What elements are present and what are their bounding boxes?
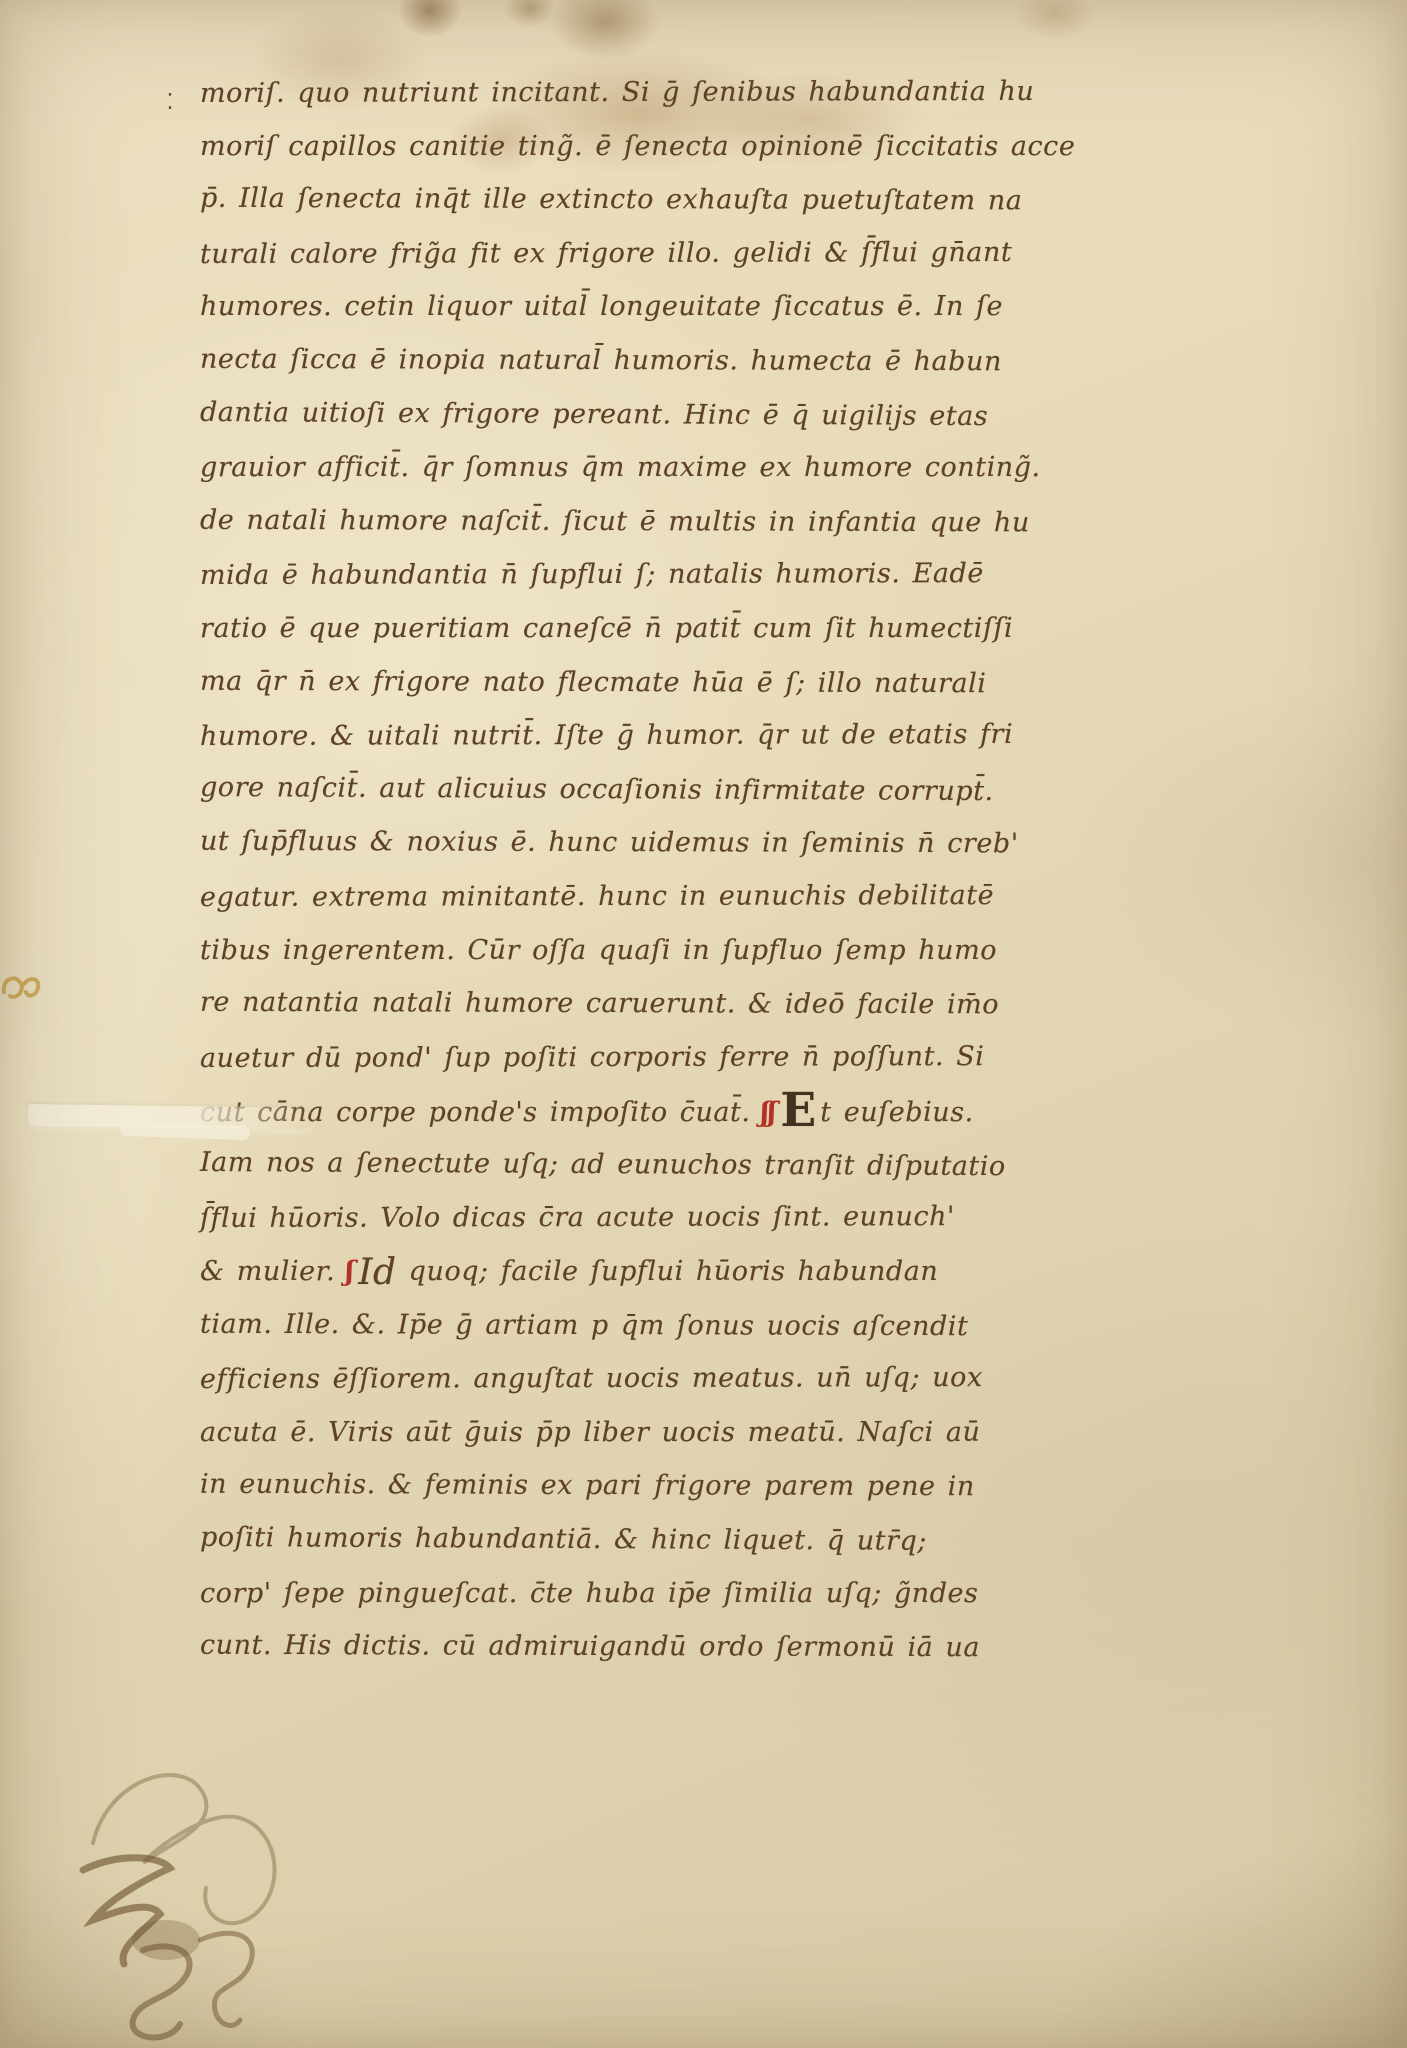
manuscript-line: Iam nos a ſenectute uſq; ad eunuchos tra… — [200, 1136, 990, 1194]
manuscript-text: gore naſcit̄. aut alicuius occaſionis in… — [200, 772, 994, 807]
manuscript-text: dantia uitioſi ex frigore pereant. Hinc … — [200, 396, 988, 431]
manuscript-line: ma q̄r n̄ ex frigore nato flecmate hūa ē… — [200, 654, 990, 710]
manuscript-text: efficiens ēſſiorem. anguſtat uocis meatu… — [200, 1362, 983, 1395]
manuscript-line: gore naſcit̄. aut alicuius occaſionis in… — [200, 761, 990, 819]
manuscript-text: re natantia natali humore caruerunt. & i… — [200, 987, 999, 1021]
manuscript-text: egatur. extrema minitantē. hunc in eunuc… — [200, 880, 994, 913]
manuscript-line: egatur. extrema minitantē. hunc in eunuc… — [200, 869, 990, 925]
manuscript-text: humores. cetin liquor uital̄ longeuitate… — [200, 291, 1003, 322]
manuscript-text: moriſ. quo nutriunt incitant. Si ḡ ſenib… — [200, 76, 1034, 109]
manuscript-line: corp' ſepe pingueſcat. c̄te huba ip̄e ſi… — [200, 1567, 990, 1621]
manuscript-text: necta ſicca ē inopia natural̄ humoris. h… — [200, 344, 1002, 378]
manuscript-text: Iam nos a ſenectute uſq; ad eunuchos tra… — [200, 1147, 1006, 1182]
manuscript-text-block: moriſ. quo nutriunt incitant. Si ḡ ſenib… — [200, 66, 990, 1674]
manuscript-page: ⁚ moriſ. quo nutriunt incitant. Si ḡ ſen… — [0, 0, 1407, 2048]
manuscript-text: Id — [358, 1252, 396, 1293]
manuscript-line: ratio ē que pueritiam caneſcē n̄ patit̄ … — [200, 602, 990, 656]
manuscript-text: quoq; facile ſupflui hūoris habundan — [397, 1256, 939, 1287]
manuscript-line: moriſ capillos canitie ting̃. ē ſenecta … — [200, 120, 990, 174]
manuscript-line: tibus ingerentem. Cūr oſſa quaſi in ſupf… — [200, 924, 990, 978]
margin-ink-mark — [0, 962, 70, 1010]
manuscript-text: poſiti humoris habundantiā. & hinc lique… — [200, 1522, 927, 1557]
manuscript-text: turali calore frig̃a fit ex frigore illo… — [200, 237, 1012, 270]
manuscript-text: ut ſup̄fluus & noxius ē. hunc uidemus in… — [200, 826, 1019, 860]
manuscript-line: grauior afficit̄. q̄r ſomnus q̄m maxime … — [200, 441, 990, 495]
pen-trial-doodle — [48, 1748, 298, 2048]
manuscript-line: acuta ē. Viris aūt ḡuis p̄p liber uocis … — [200, 1406, 990, 1460]
manuscript-text: acuta ē. Viris aūt ḡuis p̄p liber uocis … — [200, 1417, 980, 1448]
manuscript-line: mida ē habundantia n̄ ſupflui ſ; natalis… — [200, 547, 990, 603]
manuscript-text: & mulier. — [200, 1256, 335, 1287]
manuscript-line: efficiens ēſſiorem. anguſtat uocis meatu… — [200, 1351, 990, 1407]
manuscript-line: turali calore frig̃a fit ex frigore illo… — [200, 226, 990, 282]
manuscript-line: ſ̄flui hūoris. Volo dicas c̄ra acute uoc… — [200, 1191, 990, 1247]
manuscript-line: ut ſup̄fluus & noxius ē. hunc uidemus in… — [200, 815, 990, 871]
decorated-initial: E — [780, 1083, 820, 1138]
manuscript-text: de natali humore naſcit̄. ſicut ē multis… — [200, 505, 1030, 539]
manuscript-line: dantia uitioſi ex frigore pereant. Hinc … — [200, 385, 990, 443]
red-paragraph-mark: ʃʃ — [751, 1097, 781, 1128]
manuscript-line: tiam. Ille. &. Ip̄e ḡ artiam p q̄m ſonus… — [200, 1297, 990, 1353]
manuscript-line: poſiti humoris habundantiā. & hinc lique… — [200, 1511, 990, 1569]
manuscript-line: cunt. His dictis. cū admiruigandū ordo ſ… — [200, 1619, 990, 1675]
manuscript-text: t euſebius. — [820, 1097, 973, 1128]
manuscript-line: p̄. Illa ſenecta inq̄t ille extincto exh… — [200, 172, 990, 228]
manuscript-line: in eunuchis. & feminis ex pari frigore p… — [200, 1458, 990, 1514]
manuscript-text: moriſ capillos canitie ting̃. ē ſenecta … — [200, 131, 1075, 162]
manuscript-line: & mulier.ʃId quoq; facile ſupflui hūoris… — [200, 1245, 990, 1299]
manuscript-line: humore. & uitali nutrit̄. Iſte ḡ humor. … — [200, 708, 990, 764]
manuscript-text: tiam. Ille. &. Ip̄e ḡ artiam p q̄m ſonus… — [200, 1308, 968, 1341]
manuscript-line: humores. cetin liquor uital̄ longeuitate… — [200, 280, 990, 334]
manuscript-line: cut cāna corpe ponde's impoſito c̄uat̄.ʃ… — [200, 1084, 990, 1138]
manuscript-line: necta ſicca ē inopia natural̄ humoris. h… — [200, 333, 990, 389]
manuscript-line: auetur dū pond' ſup poſiti corporis ferr… — [200, 1030, 990, 1086]
manuscript-line: re natantia natali humore caruerunt. & i… — [200, 976, 990, 1032]
manuscript-text: p̄. Illa ſenecta inq̄t ille extincto exh… — [200, 183, 1023, 217]
manuscript-text: corp' ſepe pingueſcat. c̄te huba ip̄e ſi… — [200, 1578, 978, 1609]
manuscript-text: auetur dū pond' ſup poſiti corporis ferr… — [200, 1041, 984, 1074]
manuscript-text: ratio ē que pueritiam caneſcē n̄ patit̄ … — [200, 613, 1013, 644]
red-paragraph-mark: ʃ — [335, 1256, 358, 1287]
manuscript-text: tibus ingerentem. Cūr oſſa quaſi in ſupf… — [200, 935, 997, 966]
manuscript-text: ſ̄flui hūoris. Volo dicas c̄ra acute uoc… — [200, 1202, 955, 1235]
manuscript-text: mida ē habundantia n̄ ſupflui ſ; natalis… — [200, 558, 984, 591]
manuscript-text: in eunuchis. & feminis ex pari frigore p… — [200, 1469, 975, 1502]
manuscript-text: ma q̄r n̄ ex frigore nato flecmate hūa ē… — [200, 665, 987, 698]
margin-dots: ⁚ — [163, 96, 177, 110]
manuscript-line: de natali humore naſcit̄. ſicut ē multis… — [200, 494, 990, 550]
manuscript-line: moriſ. quo nutriunt incitant. Si ḡ ſenib… — [200, 65, 990, 121]
manuscript-text: grauior afficit̄. q̄r ſomnus q̄m maxime … — [200, 452, 1041, 483]
manuscript-text: humore. & uitali nutrit̄. Iſte ḡ humor. … — [200, 719, 1013, 752]
manuscript-text: cunt. His dictis. cū admiruigandū ordo ſ… — [200, 1630, 980, 1663]
